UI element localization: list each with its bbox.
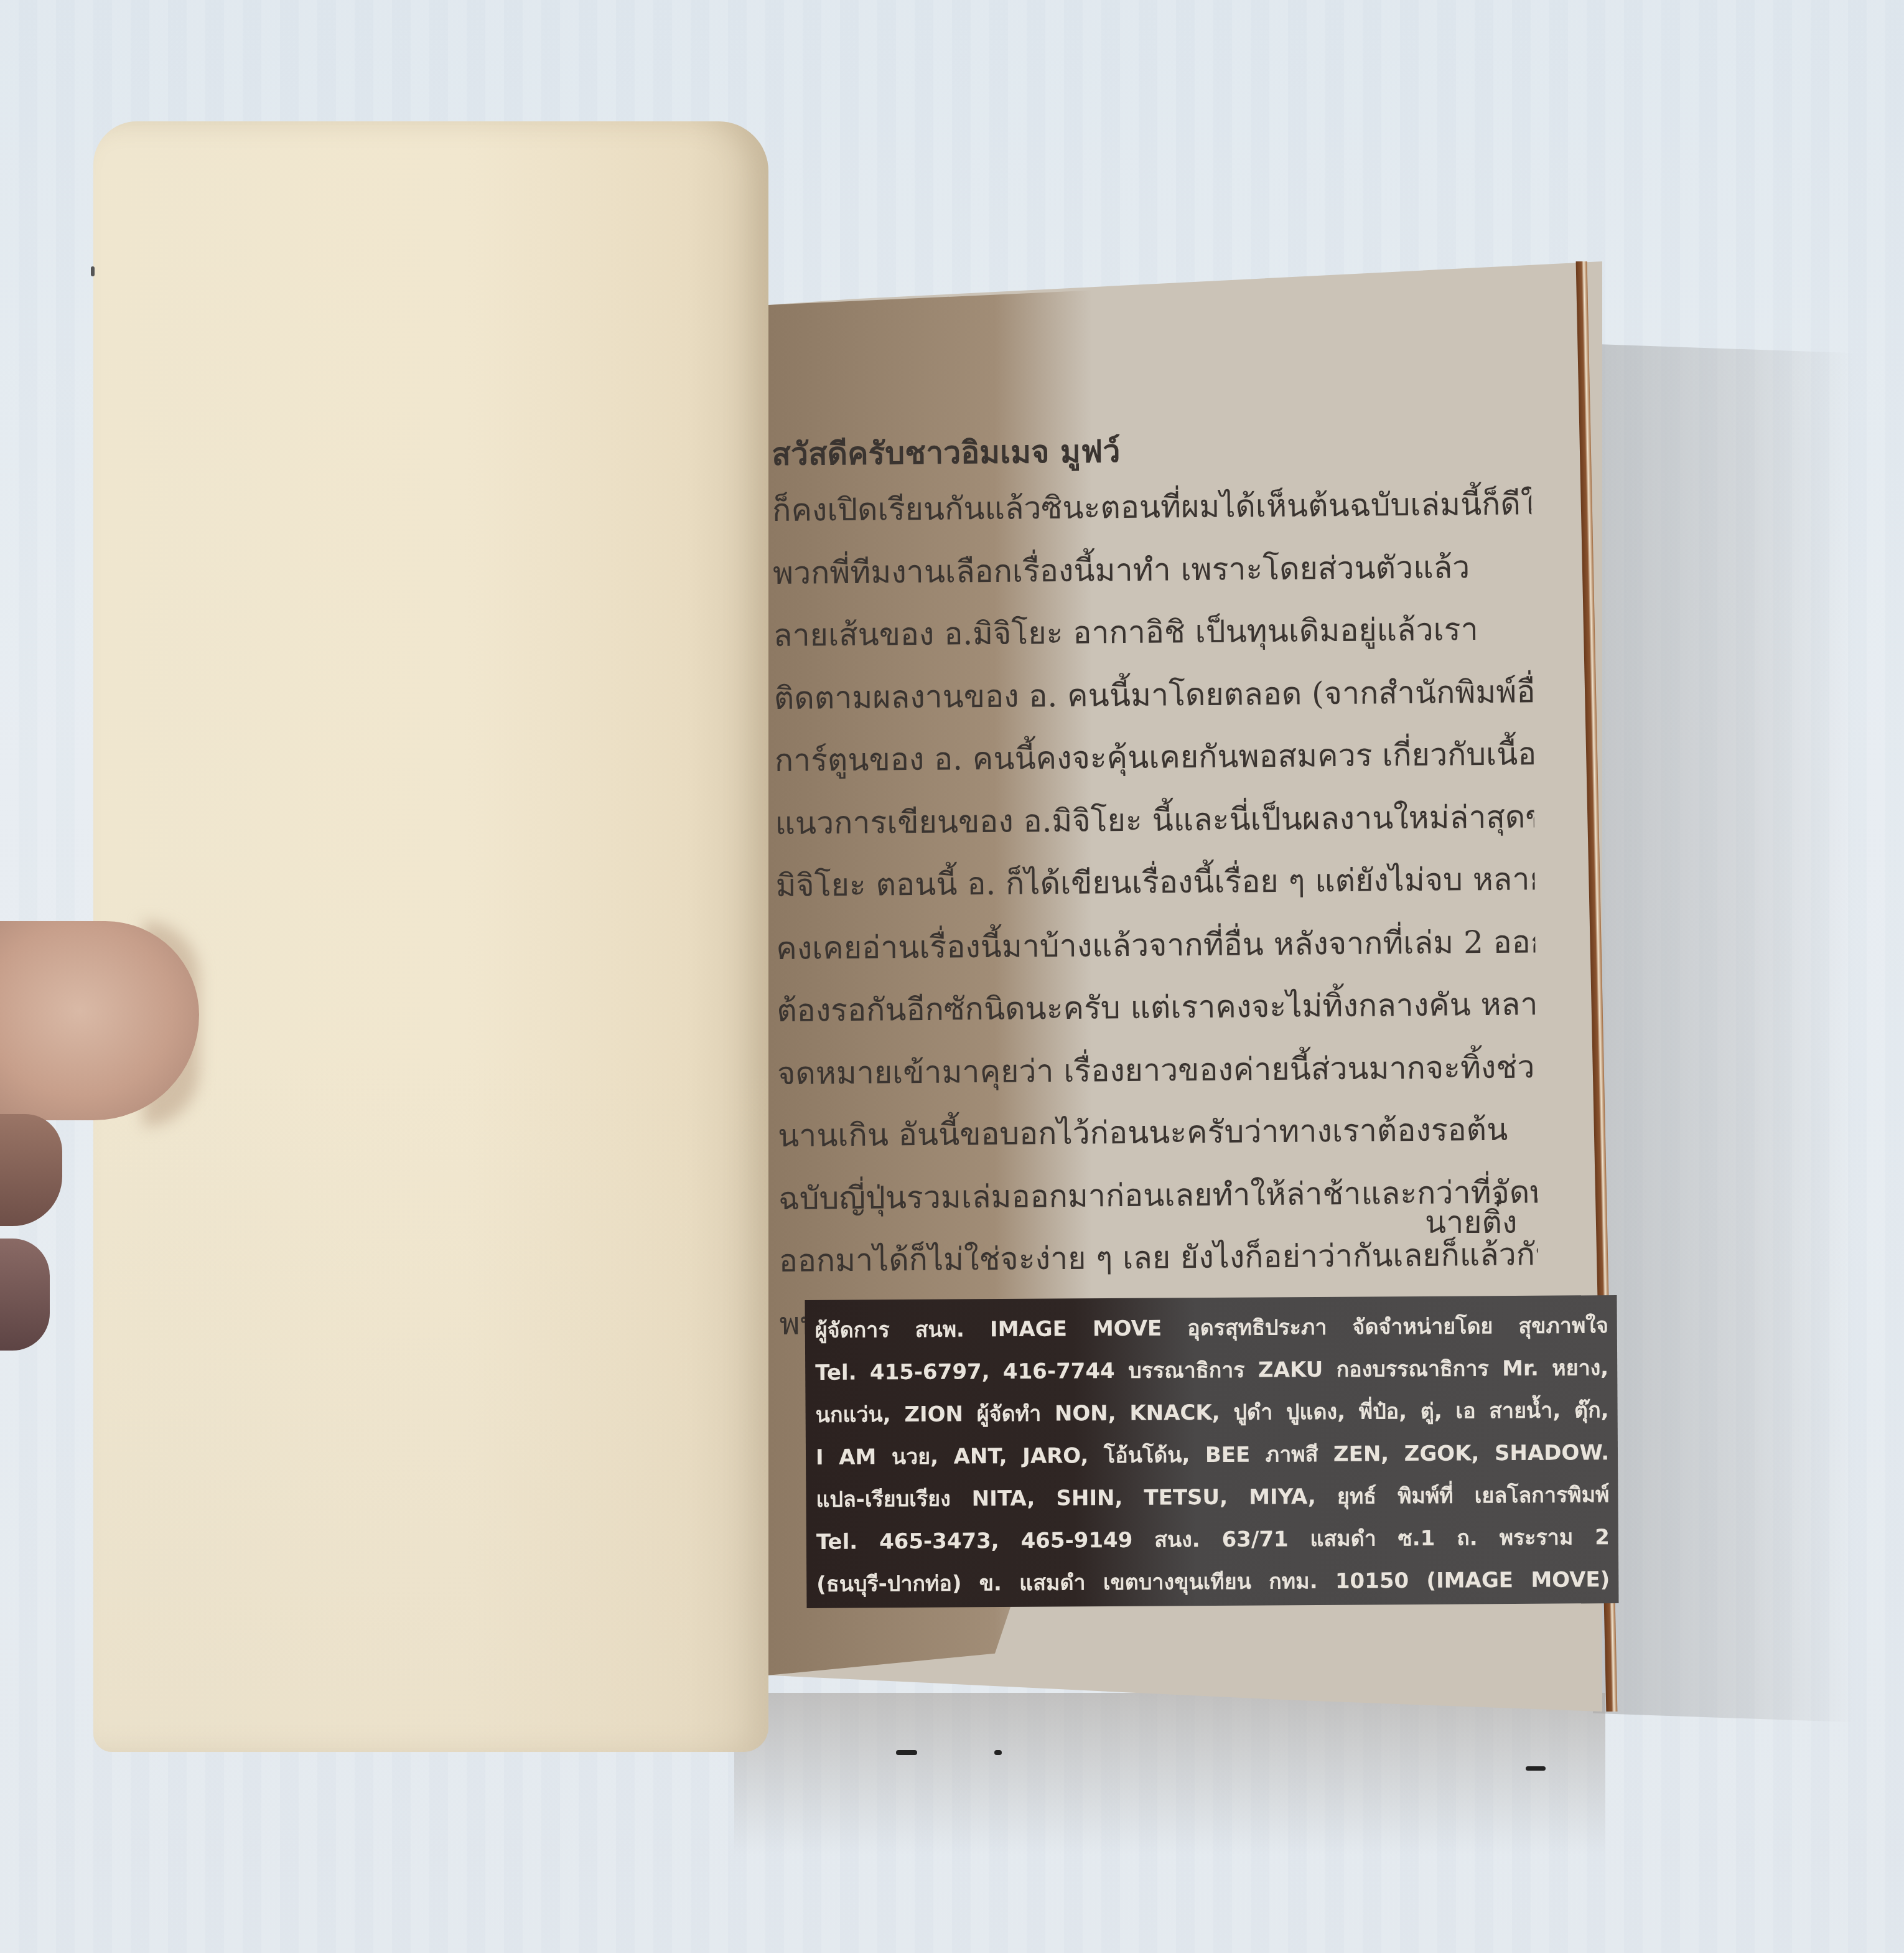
page-edge-mark [896, 1750, 917, 1755]
credit-line: (ธนบุรี-ปากท่อ) ข. แสมดำ เขตบางขุนเทียน … [816, 1559, 1610, 1606]
note-line: ต้องรอกันอีกซักนิดนะครับ แต่เราคงจะไม่ทิ… [777, 973, 1536, 1042]
editor-note: สวัสดีครับชาวอิมเมจ มูฟว์ ก็คงเปิดเรียนก… [772, 416, 1539, 1355]
note-line: ฉบับญี่ปุ่นรวมเล่มออกมาก่อนเลยทำให้ล่าช้… [778, 1161, 1538, 1230]
note-line: ก็คงเปิดเรียนกันแล้วซินะตอนที่ผมได้เห็นต… [772, 472, 1532, 541]
credit-line: ผู้จัดการ สนพ. IMAGE MOVE อุดรสุทธิประภา… [815, 1305, 1608, 1352]
finger [0, 1239, 50, 1351]
page-edge-mark [994, 1750, 1002, 1755]
note-signature: นายติ๋ง [1425, 1198, 1517, 1247]
note-greeting: สวัสดีครับชาวอิมเมจ มูฟว์ [772, 416, 1531, 479]
credit-line: Tel. 465-3473, 465-9149 สนง. 63/71 แสมดำ… [816, 1517, 1610, 1564]
note-line: นานเกิน อันนี้ขอบอกไว้ก่อนนะครับว่าทางเร… [778, 1098, 1538, 1167]
credit-line: I AM นวย, ANT, JARO, โอ้นโด้น, BEE ภาพสี… [816, 1432, 1609, 1479]
book-shadow [1593, 344, 1854, 1723]
note-line: ติดตามผลงานของ อ. คนนี้มาโดยตลอด (จากสำน… [773, 660, 1533, 729]
publisher-credits-box: ผู้จัดการ สนพ. IMAGE MOVE อุดรสุทธิประภา… [805, 1295, 1619, 1608]
note-line: จดหมายเข้ามาคุยว่า เรื่องยาวของค่ายนี้ส่… [777, 1036, 1537, 1105]
note-line: คงเคยอ่านเรื่องนี้มาบ้างแล้วจากที่อื่น ห… [776, 911, 1536, 980]
credit-line: Tel. 415-6797, 416-7744 บรรณาธิการ ZAKU … [815, 1347, 1608, 1395]
note-line: การ์ตูนของ อ. คนนี้คงจะคุ้นเคยกันพอสมควร… [774, 723, 1534, 792]
page-bottom-shadow [734, 1693, 1605, 1855]
note-line: ลายเส้นของ อ.มิจิโยะ อากาอิชิ เป็นทุนเดิ… [773, 597, 1533, 667]
note-line: พวกพี่ทีมงานเลือกเรื่องนี้มาทำ เพราะโดยส… [773, 535, 1533, 604]
page-edge-mark [91, 266, 95, 276]
credit-line: นกแว่น, ZION ผู้จัดทำ NON, KNACK, ปูดำ ป… [815, 1390, 1608, 1437]
left-page-shading [93, 1058, 768, 1752]
note-line: แนวการเขียนของ อ.มิจิโยะ นี้และนี่เป็นผล… [775, 785, 1534, 855]
credit-line: แปล-เรียบเรียง NITA, SHIN, TETSU, MIYA, … [816, 1474, 1609, 1522]
note-line: มิจิโยะ ตอนนี้ อ. ก็ได้เขียนเรื่องนี้เรื… [775, 848, 1535, 917]
page-edge-mark [1526, 1766, 1546, 1771]
